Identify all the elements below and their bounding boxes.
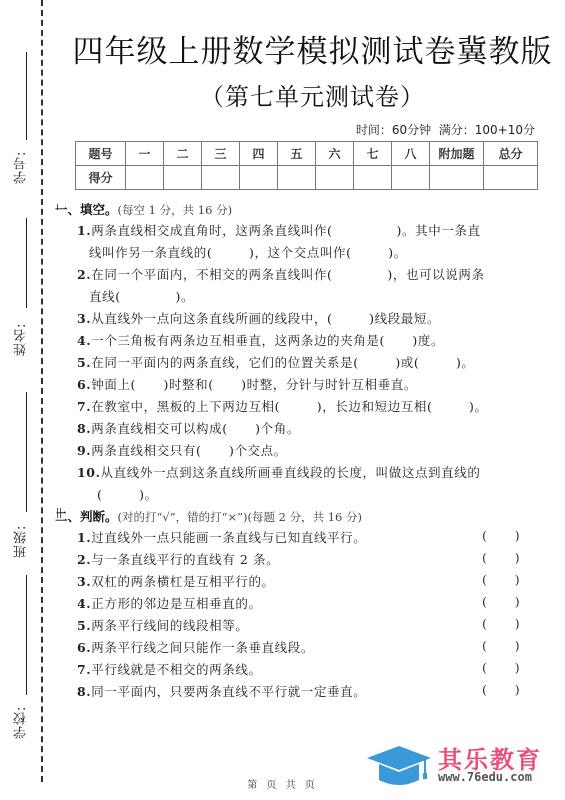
judge-question-4: 4.正方形的邻边是互相垂直的。 [77, 594, 262, 612]
header-cell: 四 [240, 142, 278, 166]
header-cell: 六 [316, 142, 354, 166]
name-label: 姓名: [12, 320, 32, 356]
fill-question-10-cont: ( )。 [97, 485, 158, 503]
name-line [26, 218, 27, 308]
exam-subtitle: （第七单元测试卷） [60, 77, 565, 112]
watermark-url: www.76edu.com [438, 770, 532, 784]
fill-question-1: 1.两条直线相交成直角时，这两条直线叫作( )。其中一条直 [77, 221, 481, 239]
score-cell[interactable] [316, 166, 354, 190]
fill-question-1-cont: 线叫作另一条直线的( )，这个交点叫作( )。 [89, 243, 407, 261]
student-id-label: 学号: [12, 148, 32, 184]
section1-note: (每空 1 分，共 16 分) [118, 203, 233, 217]
full-score-label: 满分：100+10分 [439, 123, 535, 137]
score-row-label: 得分 [76, 166, 126, 190]
score-cell[interactable] [392, 166, 430, 190]
student-id-line [26, 52, 27, 140]
exam-meta: 时间：60分钟 满分：100+10分 [356, 121, 535, 138]
score-cell[interactable] [354, 166, 392, 190]
header-cell: 一 [126, 142, 164, 166]
judge-question-1: 1.过直线外一点只能画一条直线与已知直线平行。 [77, 528, 366, 546]
section2-heading: 二、判断。(对的打“√”，错的打“×”)(每题 2 分，共 16 分) [55, 507, 362, 525]
watermark-logo: 其乐教育 www.76edu.com [365, 740, 565, 790]
judge-answer-7[interactable]: ( ) [482, 660, 520, 675]
score-cell[interactable] [126, 166, 164, 190]
fill-question-3: 3.从直线外一点向这条直线所画的线段中，( )线段最短。 [77, 309, 440, 327]
score-cell[interactable] [164, 166, 202, 190]
fill-question-6: 6.钟面上( )时整和( )时整，分针与时针互相垂直。 [77, 375, 417, 393]
score-cell[interactable] [484, 166, 538, 190]
header-cell: 三 [202, 142, 240, 166]
graduation-cap-icon [365, 744, 435, 788]
score-table-header-row: 题号 一 二 三 四 五 六 七 八 附加题 总分 [76, 142, 538, 166]
score-table-score-row: 得分 [76, 166, 538, 190]
fill-question-2-cont: 直线( )。 [89, 287, 194, 305]
header-cell: 题号 [76, 142, 126, 166]
fill-question-8: 8.两条直线相交可以构成( )个角。 [77, 419, 300, 437]
judge-question-6: 6.两条平行线之间只能作一条垂直线段。 [77, 638, 314, 656]
section1-heading: 一、填空。(每空 1 分，共 16 分) [55, 200, 232, 218]
section2-title: 二、判断。 [55, 509, 118, 524]
exam-title: 四年级上册数学模拟测试卷冀教版 [60, 26, 565, 71]
score-cell[interactable] [430, 166, 484, 190]
judge-answer-2[interactable]: ( ) [482, 550, 520, 565]
judge-answer-6[interactable]: ( ) [482, 638, 520, 653]
judge-answer-5[interactable]: ( ) [482, 616, 520, 631]
exam-page: 学号: 姓名: 班级: 学校: 四年级上册数学模拟测试卷冀教版 （第七单元测试卷… [0, 0, 565, 800]
binding-dashed-line [41, 0, 43, 782]
section2-note: (对的打“√”，错的打“×”)(每题 2 分，共 16 分) [118, 510, 363, 524]
school-line [26, 575, 27, 695]
judge-answer-4[interactable]: ( ) [482, 594, 520, 609]
score-table: 题号 一 二 三 四 五 六 七 八 附加题 总分 得分 [75, 141, 538, 190]
section1-title: 一、填空。 [55, 202, 118, 217]
judge-question-2: 2.与一条直线平行的直线有 2 条。 [77, 550, 279, 568]
fill-question-10: 10.从直线外一点到这条直线所画垂直线段的长度，叫做这点到直线的 [77, 463, 480, 481]
header-cell: 附加题 [430, 142, 484, 166]
judge-answer-3[interactable]: ( ) [482, 572, 520, 587]
fill-question-9: 9.两条直线相交只有( )个交点。 [77, 441, 287, 459]
judge-question-5: 5.两条平行线间的线段相等。 [77, 616, 248, 634]
time-label: 时间：60分钟 [356, 123, 431, 137]
fill-question-4: 4.一个三角板有两条边互相垂直，这两条边的夹角是( )度。 [77, 331, 444, 349]
judge-question-8: 8.同一平面内，只要两条直线不平行就一定垂直。 [77, 682, 366, 700]
school-label: 学校: [12, 703, 32, 739]
header-cell: 五 [278, 142, 316, 166]
header-cell: 总分 [484, 142, 538, 166]
score-cell[interactable] [240, 166, 278, 190]
judge-question-7: 7.平行线就是不相交的两条线。 [77, 660, 262, 678]
class-line [26, 392, 27, 512]
judge-answer-1[interactable]: ( ) [482, 528, 520, 543]
fill-question-5: 5.在同一平面内的两条直线，它们的位置关系是( )或( )。 [77, 353, 475, 371]
header-cell: 二 [164, 142, 202, 166]
judge-question-3: 3.双杠的两条横杠是互相平行的。 [77, 572, 275, 590]
header-cell: 八 [392, 142, 430, 166]
fill-question-2: 2.在同一个平面内，不相交的两条直线叫作( )，也可以说两条 [77, 265, 485, 283]
score-cell[interactable] [202, 166, 240, 190]
header-cell: 七 [354, 142, 392, 166]
score-cell[interactable] [278, 166, 316, 190]
fill-question-7: 7.在教室中，黑板的上下两边互相( )，长边和短边互相( )。 [77, 397, 488, 415]
class-label: 班级: [12, 522, 32, 558]
judge-answer-8[interactable]: ( ) [482, 682, 520, 697]
